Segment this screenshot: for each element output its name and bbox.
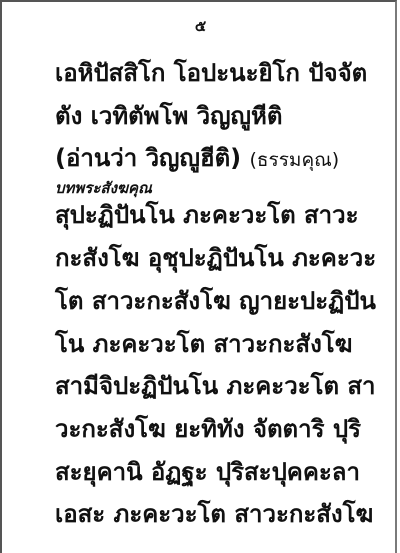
document-page: ๕ เอหิปัสสิโก โอปะนะยิโก ปัจจัต ตัง เวทิ… xyxy=(0,0,397,553)
body-line-4: โน ภะคะวะโต สาวะกะสังโฆ xyxy=(55,329,353,359)
section-heading: บทพระสังฆคุณ xyxy=(55,178,152,198)
chant-line-1: เอหิปัสสิโก โอปะนะยิโก ปัจจัต xyxy=(55,58,367,88)
page-number: ๕ xyxy=(2,16,399,36)
body-line-5: สามีจิปะฏิปันโน ภะคะวะโต สา xyxy=(55,371,376,401)
reading-note: (อ่านว่า วิญญูฮีติ) xyxy=(55,144,241,172)
reading-note-line: (อ่านว่า วิญญูฮีติ) (ธรรมคุณ) xyxy=(55,143,339,175)
body-line-6: วะกะสังโฆ ยะทิทัง จัตตาริ ปุริ xyxy=(55,414,361,444)
body-line-1: สุปะฏิปันโน ภะคะวะโต สาวะ xyxy=(55,200,359,230)
body-line-7: สะยุคานิ อัฏฐะ ปุริสะปุคคะลา xyxy=(55,457,360,487)
body-line-8: เอสะ ภะคะวะโต สาวะกะสังโฆ xyxy=(55,499,373,529)
section-label: (ธรรมคุณ) xyxy=(250,149,340,171)
chant-line-2: ตัง เวทิตัพโพ วิญญูหีติ xyxy=(55,101,282,131)
body-line-2: กะสังโฆ อุชุปะฏิปันโน ภะคะวะ xyxy=(55,243,376,273)
body-line-3: โต สาวะกะสังโฆ ญายะปะฏิปัน xyxy=(55,286,376,316)
